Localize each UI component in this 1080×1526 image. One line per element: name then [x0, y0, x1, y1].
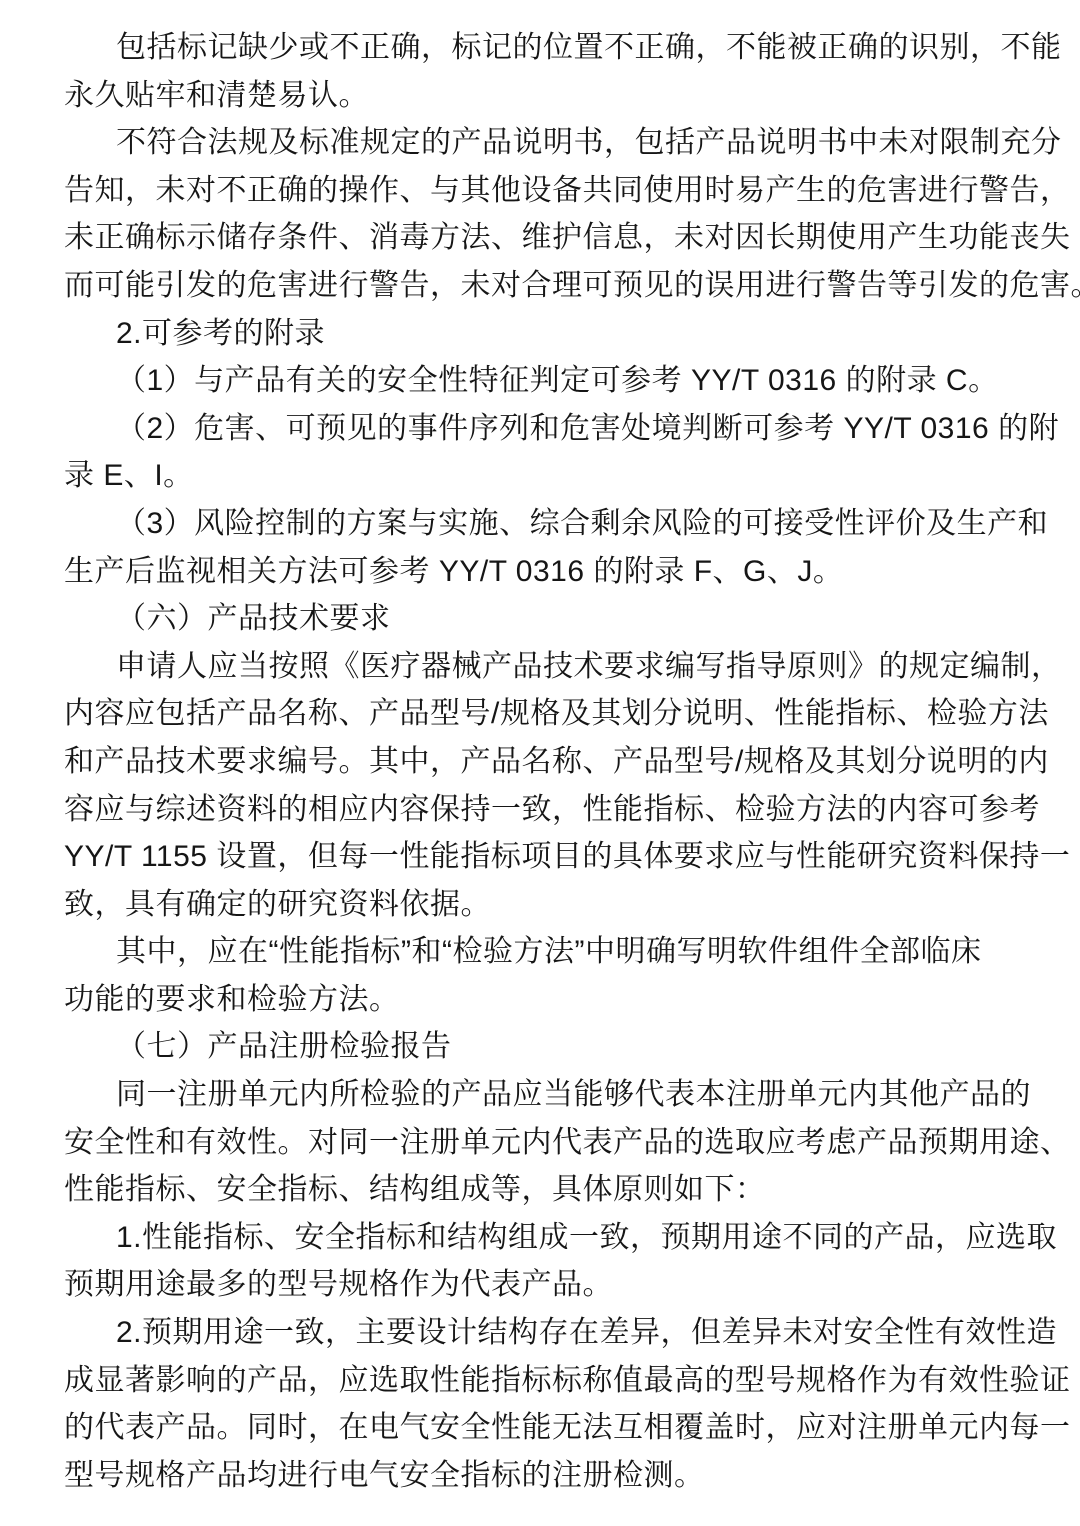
- text-line: 包括标记缺少或不正确，标记的位置不正确，不能被正确的识别，不能: [64, 24, 1036, 72]
- document-page: 包括标记缺少或不正确，标记的位置不正确，不能被正确的识别，不能永久贴牢和清楚易认…: [0, 0, 1080, 1526]
- text-line: 1.性能指标、安全指标和结构组成一致，预期用途不同的产品，应选取: [64, 1214, 1036, 1262]
- text-line: 的代表产品。同时，在电气安全性能无法互相覆盖时，应对注册单元内每一: [64, 1404, 1036, 1452]
- text-line: 成显著影响的产品，应选取性能指标标称值最高的型号规格作为有效性验证: [64, 1357, 1036, 1405]
- text-line: （七）产品注册检验报告: [64, 1023, 1036, 1071]
- text-line: （3）风险控制的方案与实施、综合剩余风险的可接受性评价及生产和: [64, 500, 1036, 548]
- document-text-block: 包括标记缺少或不正确，标记的位置不正确，不能被正确的识别，不能永久贴牢和清楚易认…: [64, 24, 1036, 1499]
- text-line: 内容应包括产品名称、产品型号/规格及其划分说明、性能指标、检验方法: [64, 690, 1036, 738]
- text-line: （六）产品技术要求: [64, 595, 1036, 643]
- text-line: 预期用途最多的型号规格作为代表产品。: [64, 1261, 1036, 1309]
- text-line: 致，具有确定的研究资料依据。: [64, 881, 1036, 929]
- text-line: 性能指标、安全指标、结构组成等，具体原则如下：: [64, 1166, 1036, 1214]
- text-line: 2.可参考的附录: [64, 310, 1036, 358]
- text-line: 其中，应在“性能指标”和“检验方法”中明确写明软件组件全部临床: [64, 928, 1036, 976]
- text-line: 未正确标示储存条件、消毒方法、维护信息，未对因长期使用产生功能丧失: [64, 214, 1036, 262]
- text-line: （1）与产品有关的安全性特征判定可参考 YY/T 0316 的附录 C。: [64, 357, 1036, 405]
- text-line: 安全性和有效性。对同一注册单元内代表产品的选取应考虑产品预期用途、: [64, 1119, 1036, 1167]
- text-line: 型号规格产品均进行电气安全指标的注册检测。: [64, 1452, 1036, 1500]
- text-line: 2.预期用途一致，主要设计结构存在差异，但差异未对安全性有效性造: [64, 1309, 1036, 1357]
- text-line: 告知，未对不正确的操作、与其他设备共同使用时易产生的危害进行警告，: [64, 167, 1036, 215]
- text-line: 和产品技术要求编号。其中，产品名称、产品型号/规格及其划分说明的内: [64, 738, 1036, 786]
- text-line: 容应与综述资料的相应内容保持一致，性能指标、检验方法的内容可参考: [64, 786, 1036, 834]
- text-line: 功能的要求和检验方法。: [64, 976, 1036, 1024]
- text-line: YY/T 1155 设置，但每一性能指标项目的具体要求应与性能研究资料保持一: [64, 833, 1036, 881]
- text-line: 不符合法规及标准规定的产品说明书，包括产品说明书中未对限制充分: [64, 119, 1036, 167]
- text-line: 生产后监视相关方法可参考 YY/T 0316 的附录 F、G、J。: [64, 548, 1036, 596]
- text-line: （2）危害、可预见的事件序列和危害处境判断可参考 YY/T 0316 的附: [64, 405, 1036, 453]
- text-line: 永久贴牢和清楚易认。: [64, 72, 1036, 120]
- text-line: 同一注册单元内所检验的产品应当能够代表本注册单元内其他产品的: [64, 1071, 1036, 1119]
- text-line: 申请人应当按照《医疗器械产品技术要求编写指导原则》的规定编制，: [64, 643, 1036, 691]
- text-line: 而可能引发的危害进行警告，未对合理可预见的误用进行警告等引发的危害。: [64, 262, 1036, 310]
- text-line: 录 E、I。: [64, 452, 1036, 500]
